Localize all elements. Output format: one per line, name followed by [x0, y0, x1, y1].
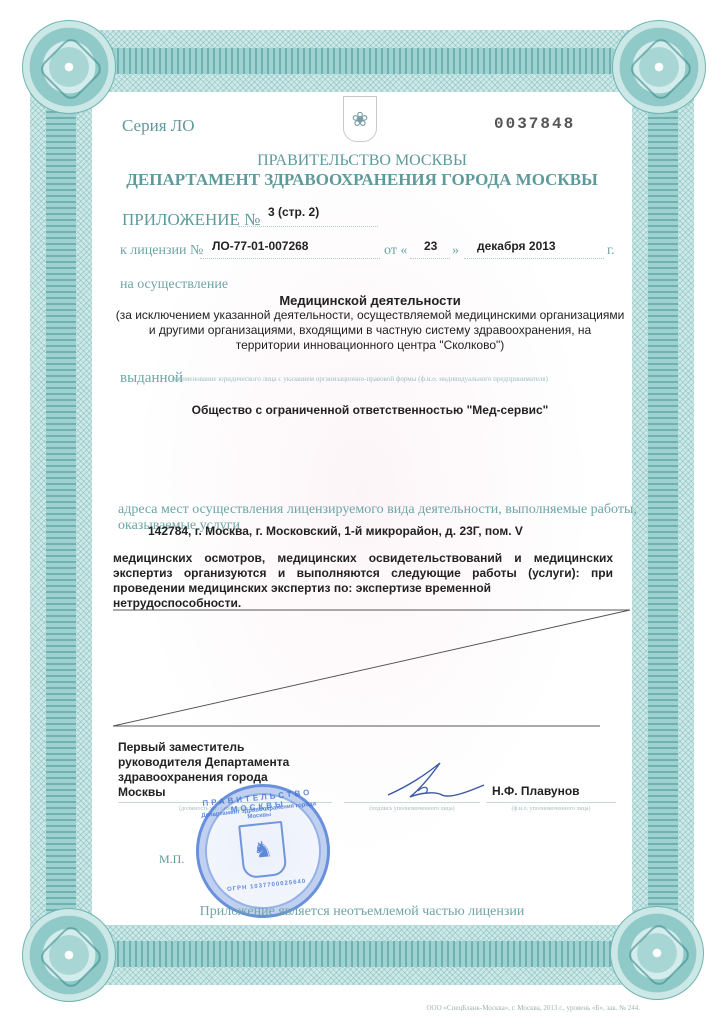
name-line [486, 802, 616, 803]
government-title: ПРАВИТЕЛЬСТВО МОСКВЫ [0, 152, 724, 170]
signer-position-line: Первый заместитель [118, 740, 289, 755]
address-label: адреса мест осуществления лицензируемого… [118, 502, 628, 518]
activity-label: на осуществление [120, 277, 228, 293]
corner-rosette-icon [610, 906, 704, 1000]
activity-block: Медицинской деятельности (за исключением… [100, 293, 640, 353]
license-number-line [200, 258, 380, 259]
moscow-coat-of-arms-icon: ♞ [238, 821, 287, 879]
border-pattern-left [46, 105, 76, 917]
corner-rosette-icon [22, 908, 116, 1002]
form-number: 0037848 [494, 115, 575, 133]
signature-caption: (подпись уполномоченного лица) [344, 806, 480, 812]
appendix-line [238, 226, 378, 227]
signer-name: Н.Ф. Плавунов [492, 784, 580, 798]
address-value: 142784, г. Москва, г. Московский, 1-й ми… [148, 524, 523, 538]
license-day: 23 [424, 239, 437, 253]
corner-rosette-icon [612, 20, 706, 114]
license-appendix-page: Серия ЛО ❀ 0037848 ПРАВИТЕЛЬСТВО МОСКВЫ … [0, 0, 724, 1024]
seal-label: М.П. [159, 852, 184, 867]
license-day-line [410, 258, 450, 259]
corner-rosette-icon [22, 20, 116, 114]
name-caption: (ф.и.о. уполномоченного лица) [486, 806, 616, 812]
printer-imprint: ООО «СпецБланк-Москва», г. Москва, 2013 … [0, 1004, 724, 1012]
series-label: Серия ЛО [122, 116, 195, 136]
license-date-line [464, 258, 604, 259]
activity-title: Медицинской деятельности [100, 293, 640, 308]
activity-line: и другими организациями, входящими в час… [100, 323, 640, 338]
stamp-ogrn: ОГРН 1037700025640 [203, 876, 331, 895]
services-text: медицинских осмотров, медицинских освиде… [113, 551, 613, 596]
license-from-label: от « [384, 243, 407, 259]
license-month-year: декабря 2013 [477, 239, 556, 253]
license-close-quote: » [452, 243, 459, 259]
activity-line: (за исключением указанной деятельности, … [100, 308, 640, 323]
border-pattern-bottom [105, 941, 619, 967]
issued-organization: Общество с ограниченной ответственностью… [100, 403, 640, 418]
blank-space-strikethrough [100, 600, 640, 740]
appendix-value: 3 (стр. 2) [268, 205, 319, 219]
license-number: ЛО-77-01-007268 [212, 239, 308, 253]
issued-hint: (наименование юридического лица с указан… [172, 375, 548, 383]
issued-organization-block: Общество с ограниченной ответственностью… [100, 403, 640, 418]
department-title: ДЕПАРТАМЕНТ ЗДРАВООХРАНЕНИЯ ГОРОДА МОСКВ… [0, 170, 724, 190]
handwritten-signature [380, 755, 490, 805]
border-pattern-top [105, 48, 619, 74]
appendix-footer-note: Приложение является неотъемлемой частью … [0, 904, 724, 920]
signer-position-line: здравоохранения города [118, 770, 289, 785]
border-pattern-right [648, 105, 678, 917]
appendix-label: ПРИЛОЖЕНИЕ № [122, 210, 260, 230]
coat-of-arms-icon: ❀ [343, 96, 377, 142]
license-year-suffix: г. [607, 243, 615, 259]
activity-line: территории инновационного центра "Сколко… [100, 338, 640, 353]
license-label: к лицензии № [120, 243, 203, 259]
signer-position-line: руководителя Департамента [118, 755, 289, 770]
